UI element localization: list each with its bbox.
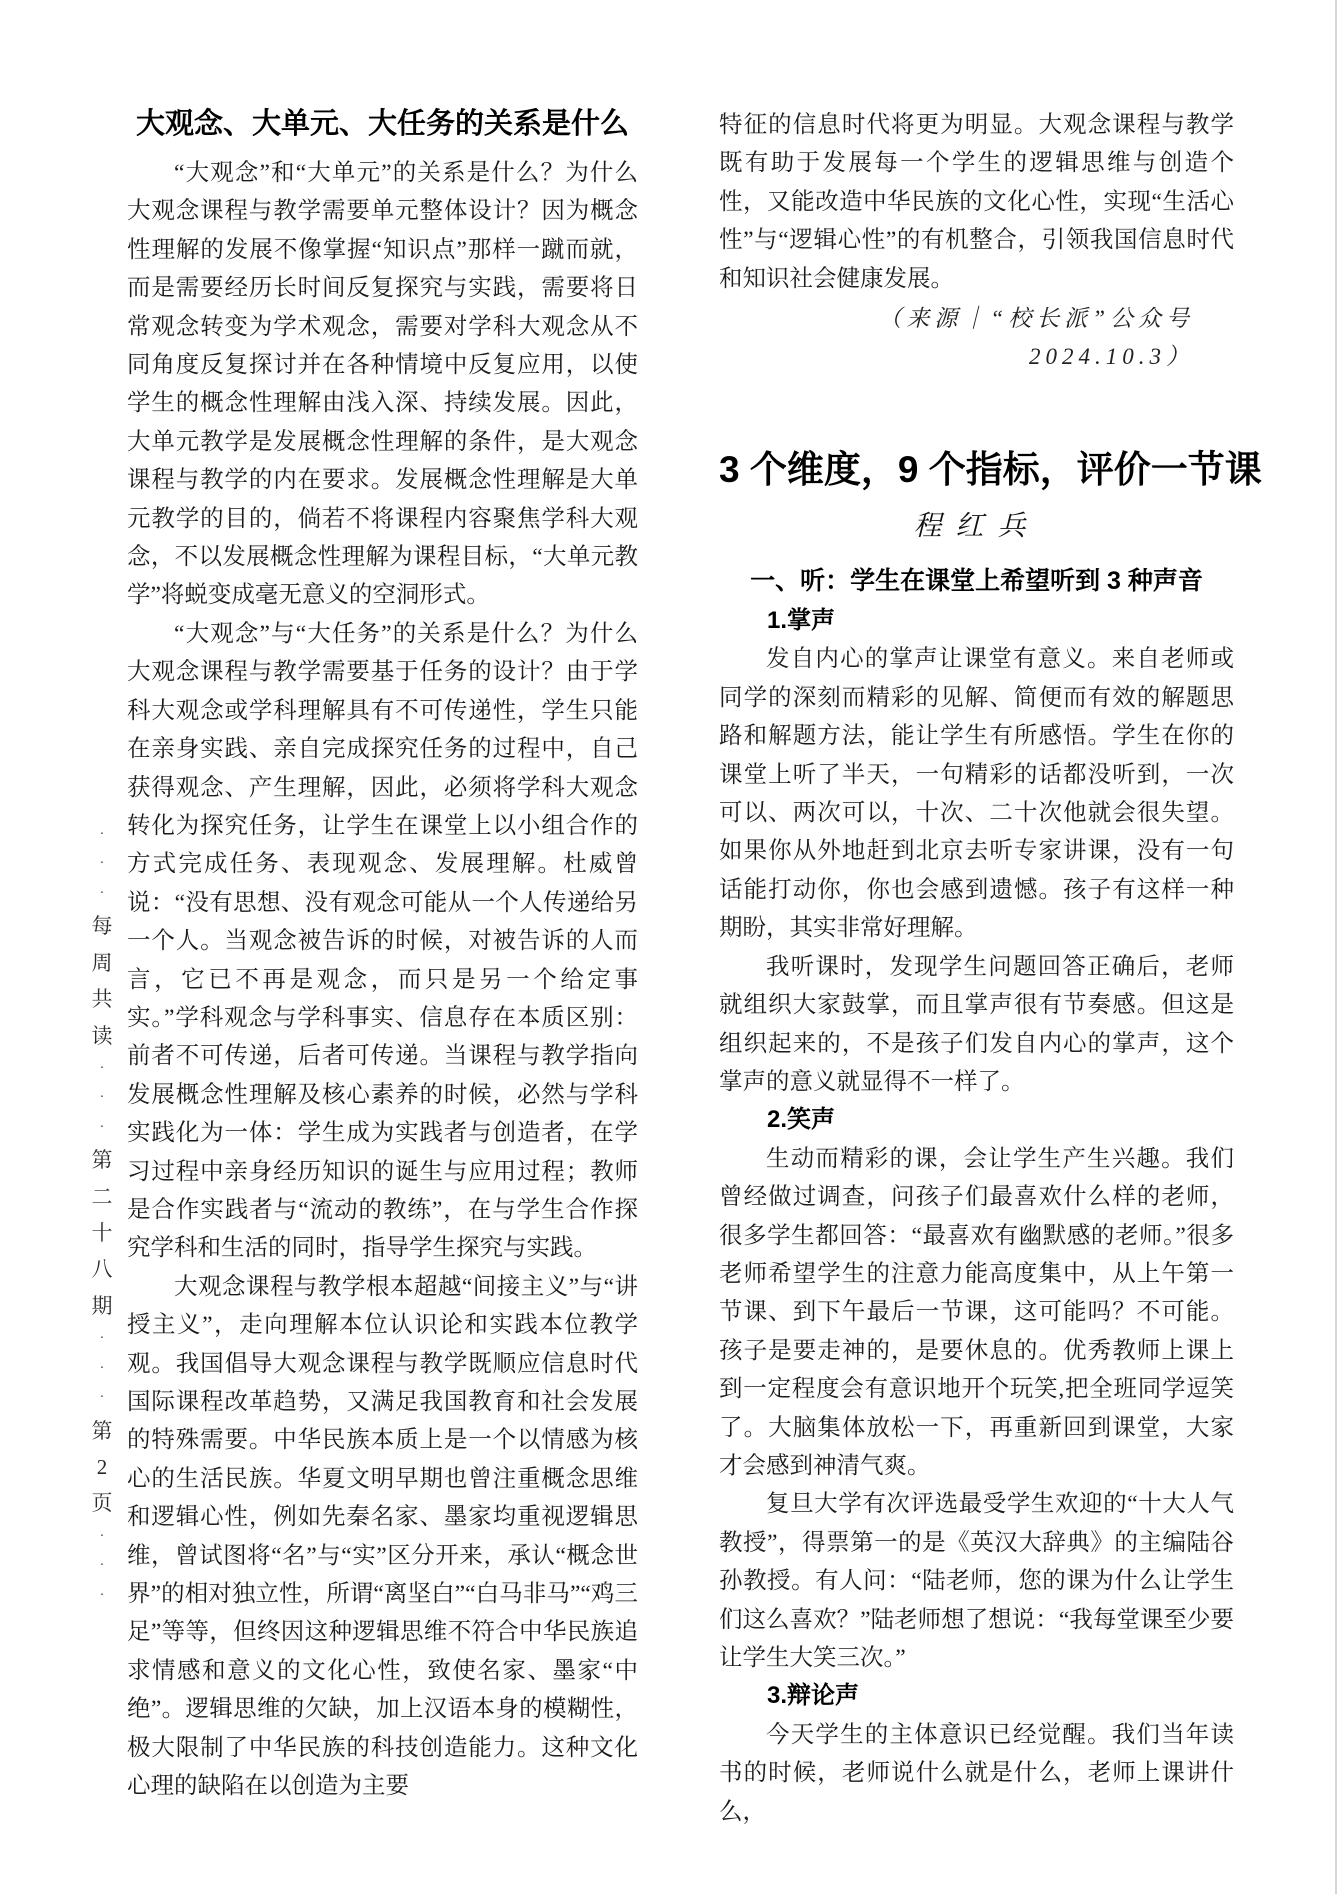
margin-caption-char: · [88,1559,116,1573]
article1-source-attribution: （来源｜“校长派”公众号 2024.10.3） [719,300,1234,376]
article2-section1-heading: 一、听：学生在课堂上希望听到 3 种声音 [719,564,1234,598]
margin-caption-char: · [88,1589,116,1603]
margin-caption-char: · [88,1362,116,1376]
article2-subsection-heading: 2.笑声 [719,1101,1234,1139]
article2-title: 3 个维度，9 个指标，评价一节课 [719,448,1234,492]
article1-continuation-paragraph: 特征的信息时代将更为明显。大观念课程与教学既有助于发展每一个学生的逻辑思维与创造… [719,106,1234,298]
margin-caption-char: 每 [88,916,116,937]
right-column: 特征的信息时代将更为明显。大观念课程与教学既有助于发展每一个学生的逻辑思维与创造… [719,106,1234,1831]
margin-caption-char: · [88,857,116,871]
article2-paragraph: 今天学生的主体意识已经觉醒。我们当年读书的时候，老师说什么就是什么，老师上课讲什… [719,1716,1234,1831]
article2-subsection-heading: 1.掌声 [719,602,1234,640]
margin-caption-char: 共 [88,989,116,1010]
margin-caption-char: 周 [88,953,116,974]
margin-caption-char: · [88,1391,116,1405]
margin-caption-char: 第 [88,1150,116,1171]
page-margin-caption: ···每周共读···第二十八期···第2页··· [88,828,116,1603]
margin-caption-char: 读 [88,1026,116,1047]
margin-caption-char: · [88,1530,116,1544]
article1-paragraph: “大观念”和“大单元”的关系是什么？为什么大观念课程与教学需要单元整体设计？因为… [127,154,638,615]
left-column: 大观念、大单元、大任务的关系是什么 “大观念”和“大单元”的关系是什么？为什么大… [127,104,638,1805]
margin-caption-char: · [88,887,116,901]
margin-caption-char: 二 [88,1187,116,1208]
article2-paragraph: 发自内心的掌声让课堂有意义。来自老师或同学的深刻而精彩的见解、简便而有效的解题思… [719,640,1234,947]
margin-caption-char: 第 [88,1421,116,1442]
article1-body: “大观念”和“大单元”的关系是什么？为什么大观念课程与教学需要单元整体设计？因为… [127,154,638,1805]
margin-caption-char: · [88,1091,116,1105]
document-page: ···每周共读···第二十八期···第2页··· 大观念、大单元、大任务的关系是… [0,0,1339,1894]
margin-caption-char: 页 [88,1493,116,1514]
article2-subsection-heading: 3.辩论声 [719,1677,1234,1715]
margin-caption-char: · [88,1062,116,1076]
article2-section1-body: 1.掌声发自内心的掌声让课堂有意义。来自老师或同学的深刻而精彩的见解、简便而有效… [719,602,1234,1831]
margin-caption-char: · [88,1121,116,1135]
margin-caption-char: 八 [88,1259,116,1280]
page-right-edge-line [1335,0,1337,1894]
article2-paragraph: 生动而精彩的课，会让学生产生兴趣。我们曾经做过调查，问孩子们最喜欢什么样的老师，… [719,1140,1234,1486]
margin-caption-char: · [88,828,116,842]
article2-paragraph: 复旦大学有次评选最受学生欢迎的“十大人气教授”，得票第一的是《英汉大辞典》的主编… [719,1485,1234,1677]
article1-paragraph: “大观念”与“大任务”的关系是什么？为什么大观念课程与教学需要基于任务的设计？由… [127,615,638,1268]
article1-title: 大观念、大单元、大任务的关系是什么 [127,104,638,144]
margin-caption-char: 十 [88,1223,116,1244]
article1-paragraph: 大观念课程与教学根本超越“间接主义”与“讲授主义”，走向理解本位认识论和实践本位… [127,1268,638,1806]
article2-author: 程红兵 [719,510,1234,544]
margin-caption-char: 期 [88,1296,116,1317]
margin-caption-char: · [88,1332,116,1346]
margin-caption-char: 2 [88,1457,116,1478]
article2-paragraph: 我听课时，发现学生问题回答正确后，老师就组织大家鼓掌，而且掌声很有节奏感。但这是… [719,948,1234,1102]
